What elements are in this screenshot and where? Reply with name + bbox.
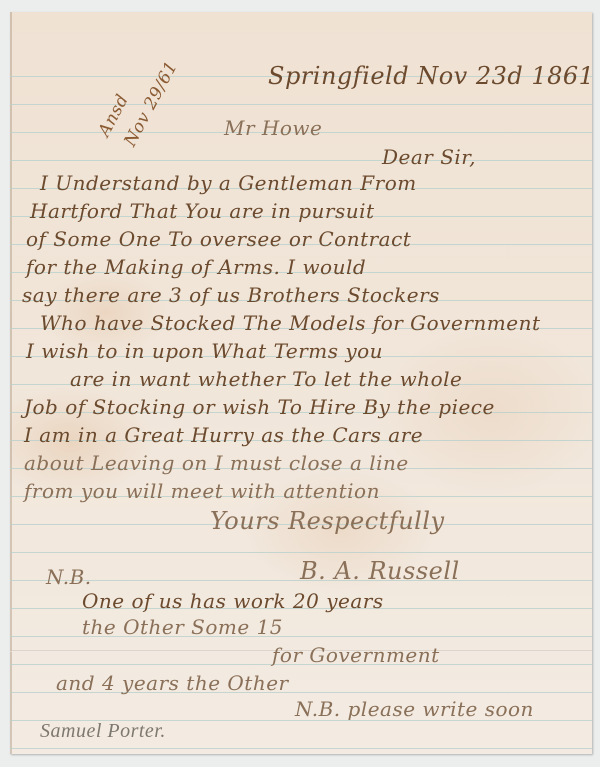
- paper-edge: [10, 12, 12, 754]
- signature: B. A. Russell: [300, 557, 460, 585]
- valediction: Yours Respectfully: [210, 507, 445, 535]
- letter-paper: Ansd Nov 29/61 Springfield Nov 23d 1861 …: [10, 12, 592, 754]
- nb-label: N.B.: [46, 565, 92, 589]
- body-line: are in want whether To let the whole: [70, 367, 462, 391]
- postscript-line: for Government: [272, 643, 440, 667]
- body-line: Job of Stocking or wish To Hire By the p…: [24, 395, 495, 419]
- body-line: of Some One To oversee or Contract: [26, 227, 411, 251]
- postscript-line: the Other Some 15: [82, 615, 283, 639]
- body-line: I wish to in upon What Terms you: [26, 339, 383, 363]
- body-line: from you will meet with attention: [24, 479, 380, 503]
- body-line: say there are 3 of us Brothers Stockers: [22, 283, 440, 307]
- body-line: about Leaving on I must close a line: [24, 451, 409, 475]
- postscript-line: and 4 years the Other: [56, 671, 289, 695]
- rule-line: [10, 104, 592, 105]
- body-line: I Understand by a Gentleman From: [40, 171, 417, 195]
- rule-line: [10, 160, 592, 161]
- postscript-line: One of us has work 20 years: [82, 589, 384, 613]
- body-line: for the Making of Arms. I would: [26, 255, 366, 279]
- rule-line: [10, 748, 592, 749]
- body-line: I am in a Great Hurry as the Cars are: [24, 423, 423, 447]
- greeting: Dear Sir,: [382, 145, 476, 169]
- body-line: Who have Stocked The Models for Governme…: [40, 311, 541, 335]
- addressee: Mr Howe: [224, 116, 322, 140]
- body-line: Hartford That You are in pursuit: [30, 199, 375, 223]
- pencil-name-note: Samuel Porter.: [40, 720, 166, 743]
- rule-line: [10, 552, 592, 553]
- nb-request: N.B. please write soon: [295, 697, 534, 721]
- place-date: Springfield Nov 23d 1861: [268, 62, 594, 90]
